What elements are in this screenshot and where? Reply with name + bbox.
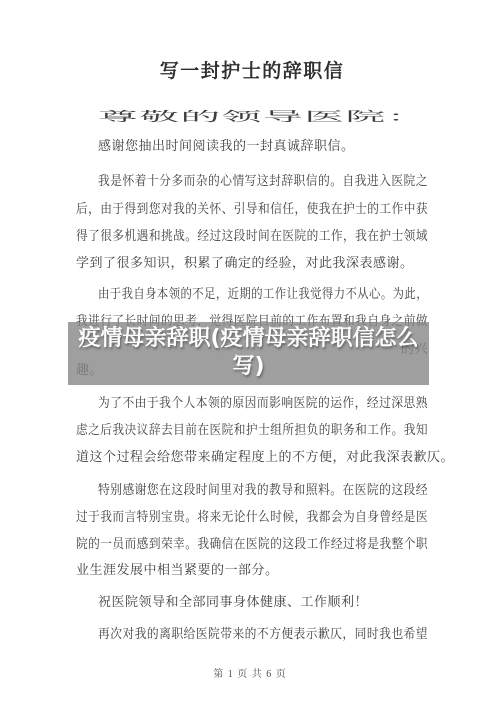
document-line: 过于我而言特别宝贵。将来无论什么时候，我都会为自身曾经是医	[76, 508, 428, 526]
overlay-title-text: 疫情母亲辞职(疫情母亲辞职信怎么写)	[68, 322, 429, 381]
document-line: 学到了很多知识，积累了确定的经验，对此我深表感谢。	[76, 254, 414, 272]
document-line: 道这个过程会给您带来确定程度上的不方便，对此我深表歉仄。	[76, 448, 454, 466]
document-line: 得了很多机遇和挑战。经过这段时间在医院的工作，我在护士领域	[76, 227, 428, 245]
document-line: 由于我自身本领的不足，近期的工作让我觉得力不从心。为此，	[98, 285, 428, 303]
document-line: 为了不由于我个人本领的原因而影响医院的运作，经过深思熟	[98, 394, 428, 412]
document-line: 虑之后我决议辞去目前在医院和护士组所担负的职务和工作。我知	[76, 421, 428, 439]
document-line: 后，由于得到您对我的关怀、引导和信任，使我在护士的工作中获	[76, 200, 428, 218]
document-line: 再次对我的离职给医院带来的不方便表示歉仄，同时我也希望	[98, 625, 428, 643]
document-line: 特别感谢您在这段时间里对我的教导和照料。在医院的这段经	[98, 481, 428, 499]
document-line: 我是怀着十分多而杂的心情写这封辞职信的。自我进入医院之	[98, 172, 428, 190]
page-number-footer: 第 1 页 共 6 页	[0, 665, 500, 680]
page: { "document": { "title": "写一封护士的辞职信", "l…	[0, 0, 500, 706]
document-line: 祝医院领导和全部同事身体健康、工作顺利！	[98, 593, 368, 611]
document-line: 尊敬的领导医院：	[98, 108, 428, 126]
document-line: 感谢您抽出时间阅读我的一封真诚辞职信。	[98, 137, 355, 155]
document-line: 院的一员而感到荣幸。我确信在医院的这段工作经过将是我整个职	[76, 535, 428, 553]
document-line: 业生涯发展中相当紧要的一部分。	[76, 561, 279, 579]
document-title: 写一封护士的辞职信	[76, 56, 428, 83]
seo-title-overlay: 疫情母亲辞职(疫情母亲辞职信怎么写)	[68, 322, 429, 385]
